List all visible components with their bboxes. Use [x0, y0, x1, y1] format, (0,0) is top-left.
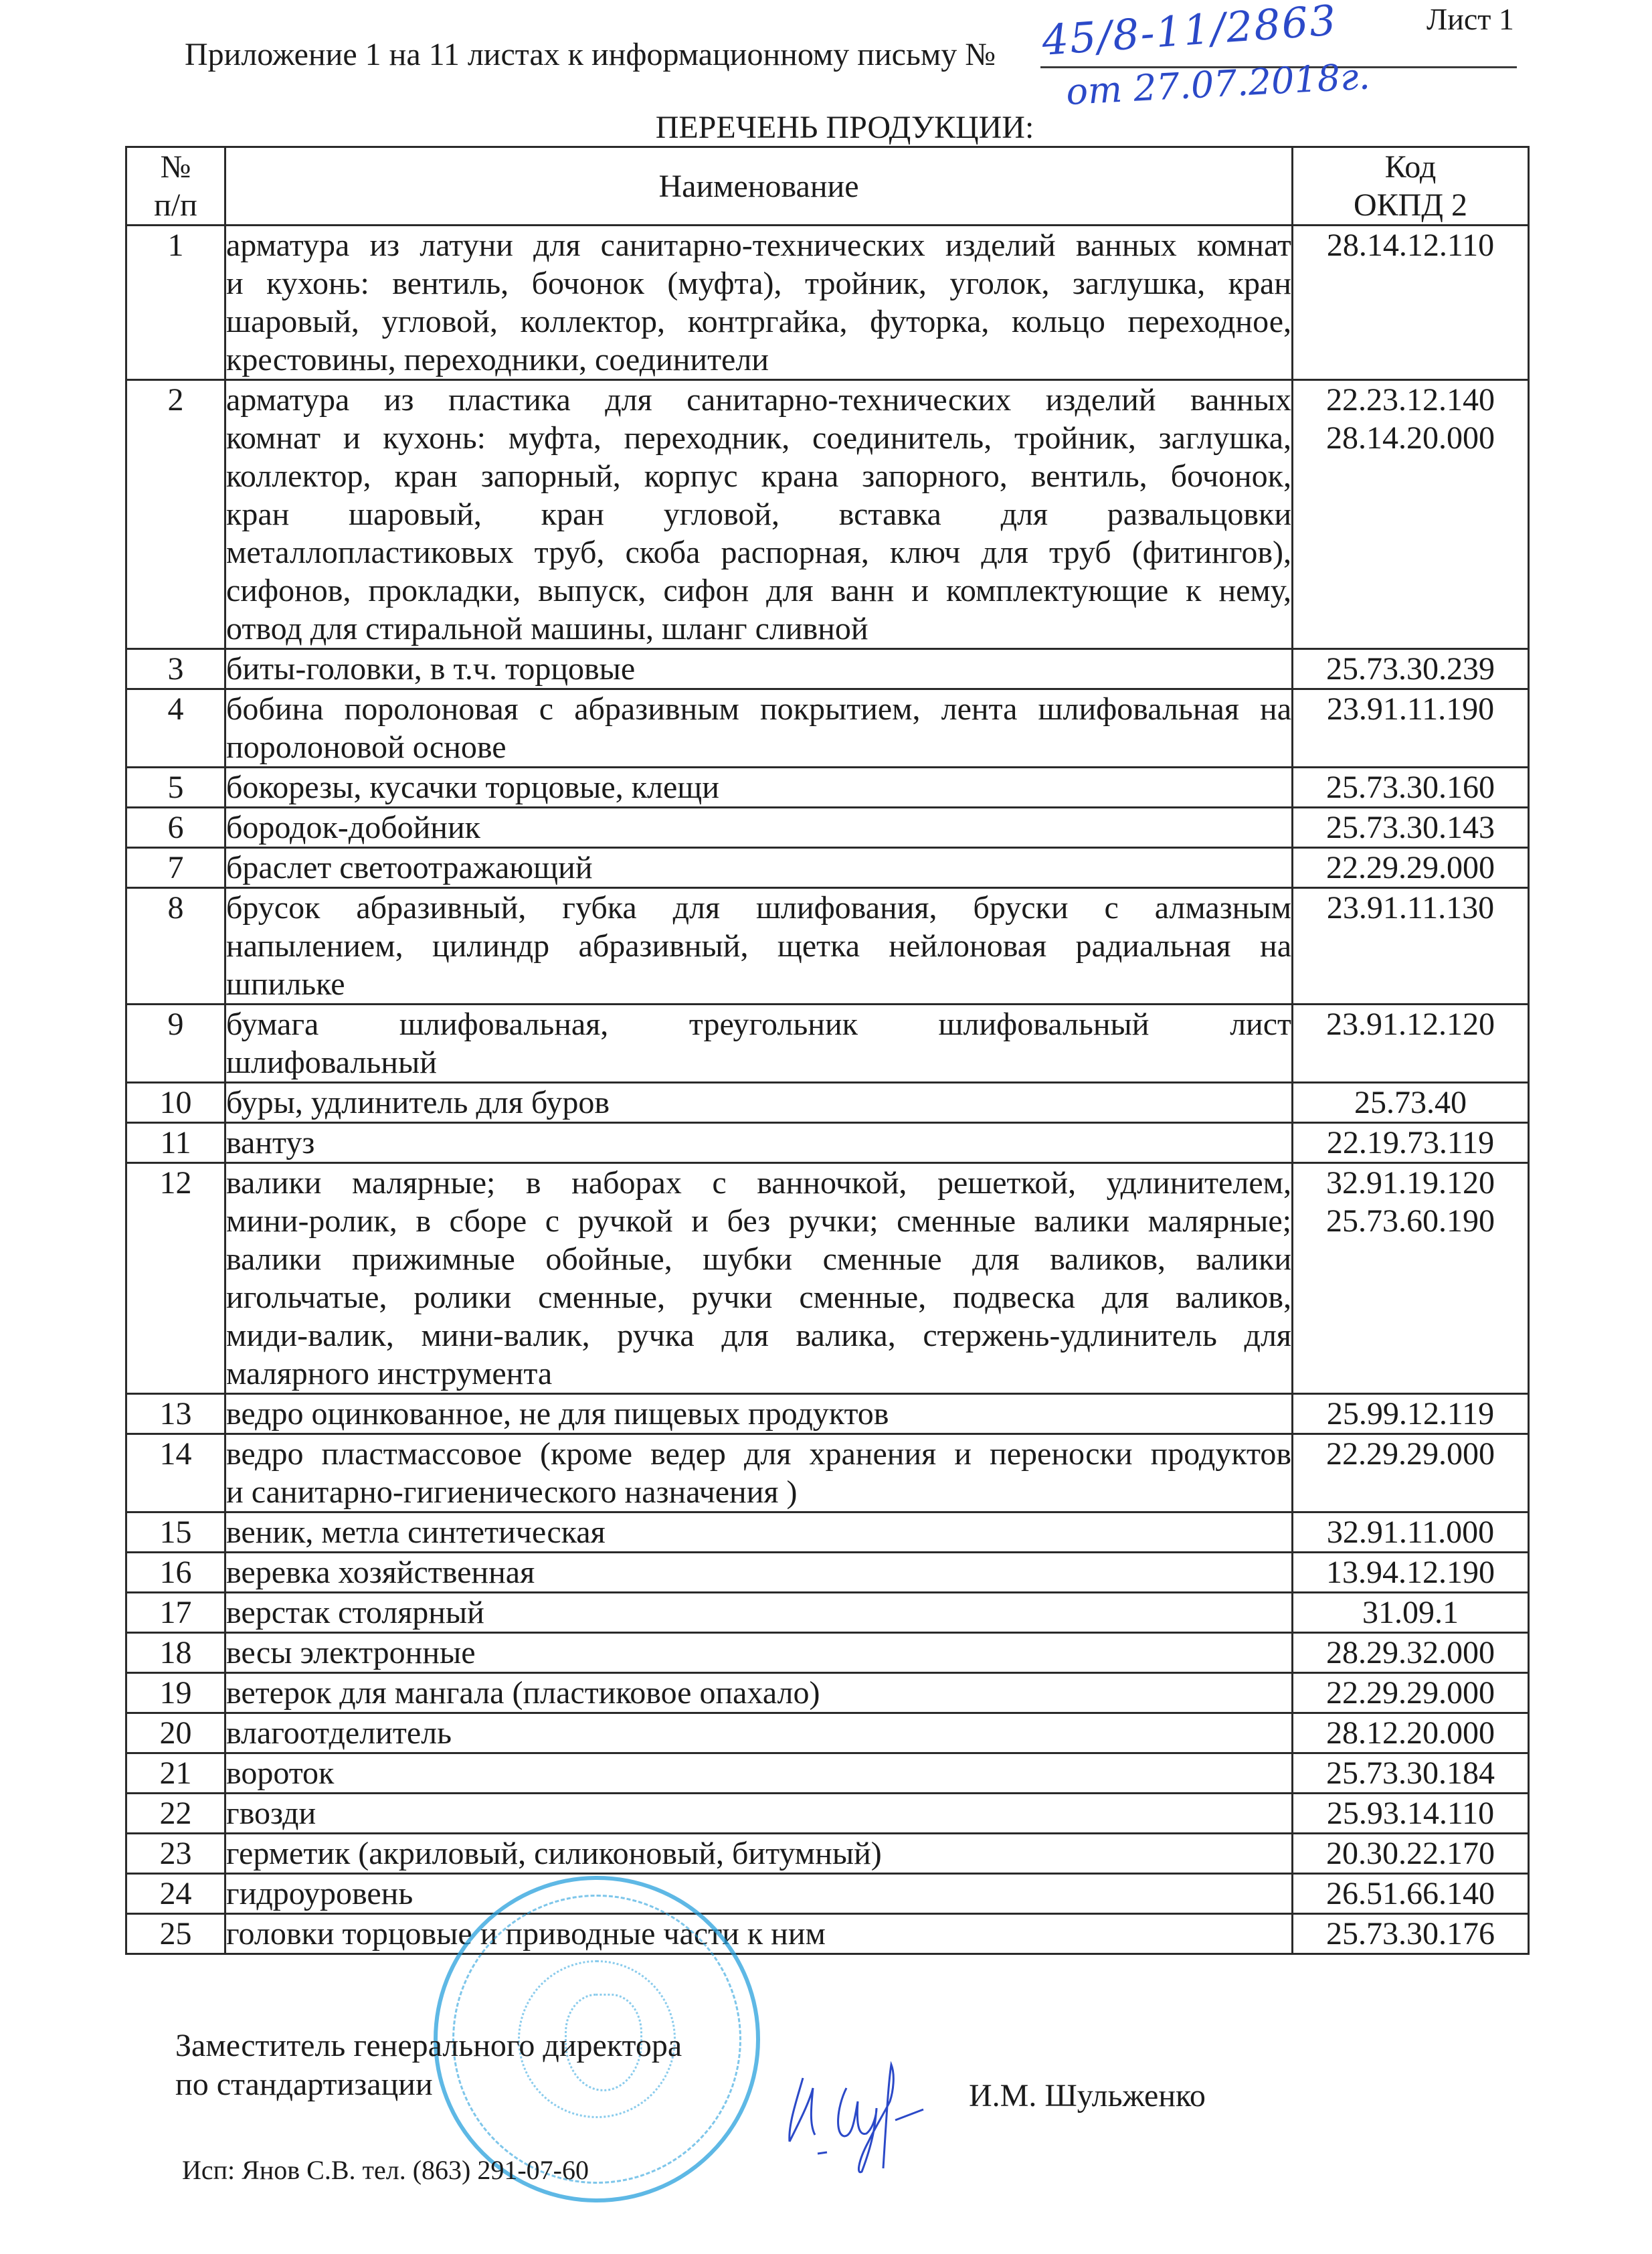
okpd2-code: 23.91.11.130	[1293, 888, 1529, 1005]
product-name-line: кран шаровый, кран угловой, вставка для …	[226, 495, 1291, 533]
okpd2-code: 32.91.11.000	[1293, 1512, 1529, 1553]
okpd2-code-value: 25.73.30.184	[1293, 1754, 1528, 1792]
row-number: 8	[126, 888, 225, 1005]
okpd2-code: 20.30.22.170	[1293, 1834, 1529, 1874]
okpd2-code: 26.51.66.140	[1293, 1874, 1529, 1914]
table-row: 2арматура из пластика для санитарно-техн…	[126, 380, 1529, 649]
row-number: 15	[126, 1512, 225, 1553]
product-name-line: герметик (акриловый, силиконовый, битумн…	[226, 1834, 1291, 1873]
signer-title-line2: по стандартизации	[175, 2065, 682, 2104]
product-name: головки торцовые и приводные части к ним	[225, 1914, 1293, 1954]
product-name: ведро оцинкованное, не для пищевых проду…	[225, 1394, 1293, 1434]
product-name: арматура из пластика для санитарно-техни…	[225, 380, 1293, 649]
table-row: 23герметик (акриловый, силиконовый, биту…	[126, 1834, 1529, 1874]
table-row: 7браслет светоотражающий22.29.29.000	[126, 848, 1529, 888]
product-name-line: игольчатые, ролики сменные, ручки сменны…	[226, 1278, 1291, 1316]
product-name-line: арматура из латуни для санитарно-техниче…	[226, 226, 1291, 264]
product-name: весы электронные	[225, 1633, 1293, 1673]
product-name-line: весы электронные	[226, 1634, 1291, 1672]
product-name-line: браслет светоотражающий	[226, 849, 1291, 887]
header-number-sign: №	[127, 148, 224, 186]
okpd2-code-value: 26.51.66.140	[1293, 1875, 1528, 1913]
product-name: ведро пластмассовое (кроме ведер для хра…	[225, 1434, 1293, 1512]
product-name-line: мини-ролик, в сборе с ручкой и без ручки…	[226, 1202, 1291, 1240]
header-name: Наименование	[225, 147, 1293, 226]
row-number: 12	[126, 1163, 225, 1394]
product-name-line: миди-валик, мини-валик, ручка для валика…	[226, 1316, 1291, 1355]
row-number: 13	[126, 1394, 225, 1434]
product-name: влагоотделитель	[225, 1713, 1293, 1753]
product-name-line: сифонов, прокладки, выпуск, сифон для ва…	[226, 572, 1291, 610]
signer-title: Заместитель генерального директора по ст…	[175, 2026, 682, 2104]
product-name: бородок-добойник	[225, 808, 1293, 848]
product-name: буры, удлинитель для буров	[225, 1083, 1293, 1123]
okpd2-code: 25.73.30.239	[1293, 649, 1529, 689]
header-code-label: Код	[1293, 148, 1528, 186]
table-row: 25головки торцовые и приводные части к н…	[126, 1914, 1529, 1954]
product-name-line: ветерок для мангала (пластиковое опахало…	[226, 1674, 1291, 1712]
okpd2-code-value: 28.14.12.110	[1293, 226, 1528, 264]
okpd2-code: 31.09.1	[1293, 1593, 1529, 1633]
okpd2-code: 25.73.40	[1293, 1083, 1529, 1123]
okpd2-code: 22.19.73.119	[1293, 1123, 1529, 1163]
okpd2-code: 25.73.30.176	[1293, 1914, 1529, 1954]
product-name-line: гидроуровень	[226, 1875, 1291, 1913]
table-row: 20влагоотделитель28.12.20.000	[126, 1713, 1529, 1753]
product-name-line: вантуз	[226, 1124, 1291, 1162]
product-name-line: поролоновой основе	[226, 728, 1291, 766]
row-number: 20	[126, 1713, 225, 1753]
header-code: Код ОКПД 2	[1293, 147, 1529, 226]
row-number: 9	[126, 1005, 225, 1083]
row-number: 25	[126, 1914, 225, 1954]
table-row: 1арматура из латуни для санитарно-технич…	[126, 226, 1529, 380]
okpd2-code: 32.91.19.12025.73.60.190	[1293, 1163, 1529, 1394]
product-name-line: буры, удлинитель для буров	[226, 1083, 1291, 1122]
product-name-line: комнат и кухонь: муфта, переходник, соед…	[226, 419, 1291, 457]
okpd2-code: 25.73.30.160	[1293, 768, 1529, 808]
row-number: 23	[126, 1834, 225, 1874]
product-name-line: бородок-добойник	[226, 808, 1291, 847]
product-name-line: ведро оцинкованное, не для пищевых проду…	[226, 1395, 1291, 1433]
row-number: 19	[126, 1673, 225, 1713]
sheet-label: Лист 1	[1427, 1, 1514, 37]
product-name-line: крестовины, переходники, соединители	[226, 341, 1291, 379]
okpd2-code-value: 20.30.22.170	[1293, 1834, 1528, 1873]
table-row: 4бобина поролоновая с абразивным покрыти…	[126, 689, 1529, 768]
list-title: ПЕРЕЧЕНЬ ПРОДУКЦИИ:	[0, 108, 1652, 147]
product-name: гвозди	[225, 1794, 1293, 1834]
product-name: валики малярные; в наборах с ванночкой, …	[225, 1163, 1293, 1394]
product-name-line: шпильке	[226, 965, 1291, 1003]
okpd2-code-value: 25.73.30.160	[1293, 768, 1528, 806]
table-row: 19ветерок для мангала (пластиковое опаха…	[126, 1673, 1529, 1713]
product-name-line: гвозди	[226, 1794, 1291, 1832]
product-name: биты-головки, в т.ч. торцовые	[225, 649, 1293, 689]
signature-icon	[783, 2061, 957, 2175]
product-name-line: вороток	[226, 1754, 1291, 1792]
product-name-line: напылением, цилиндр абразивный, щетка не…	[226, 927, 1291, 965]
table-row: 24гидроуровень26.51.66.140	[126, 1874, 1529, 1914]
header-number-pp: п/п	[127, 186, 224, 224]
okpd2-code-value: 25.73.30.176	[1293, 1915, 1528, 1953]
list-title-text: ПЕРЕЧЕНЬ ПРОДУКЦИИ:	[656, 110, 1034, 145]
product-name: бумага шлифовальная, треугольник шлифова…	[225, 1005, 1293, 1083]
row-number: 5	[126, 768, 225, 808]
okpd2-code-value: 13.94.12.190	[1293, 1553, 1528, 1591]
okpd2-code: 25.73.30.143	[1293, 808, 1529, 848]
handwritten-letter-number: 45/8-11/2863	[1040, 0, 1339, 64]
okpd2-code: 25.93.14.110	[1293, 1794, 1529, 1834]
appendix-header: Приложение 1 на 11 листах к информационн…	[185, 35, 996, 75]
executor-contact: Исп: Янов С.В. тел. (863) 291-07-60	[182, 2154, 589, 2187]
okpd2-code-value: 23.91.11.190	[1293, 690, 1528, 728]
okpd2-code-value: 22.29.29.000	[1293, 1435, 1528, 1473]
product-name: браслет светоотражающий	[225, 848, 1293, 888]
product-name-line: биты-головки, в т.ч. торцовые	[226, 650, 1291, 688]
okpd2-code: 22.29.29.000	[1293, 848, 1529, 888]
okpd2-code-value: 22.29.29.000	[1293, 1674, 1528, 1712]
okpd2-code-value: 25.99.12.119	[1293, 1395, 1528, 1433]
row-number: 11	[126, 1123, 225, 1163]
okpd2-code-value: 22.29.29.000	[1293, 849, 1528, 887]
okpd2-code-value: 23.91.11.130	[1293, 889, 1528, 927]
table-row: 13ведро оцинкованное, не для пищевых про…	[126, 1394, 1529, 1434]
row-number: 7	[126, 848, 225, 888]
table-row: 21вороток25.73.30.184	[126, 1753, 1529, 1794]
row-number: 1	[126, 226, 225, 380]
okpd2-code-value: 25.93.14.110	[1293, 1794, 1528, 1832]
okpd2-code-value: 31.09.1	[1293, 1593, 1528, 1632]
okpd2-code: 23.91.12.120	[1293, 1005, 1529, 1083]
product-name: герметик (акриловый, силиконовый, битумн…	[225, 1834, 1293, 1874]
okpd2-code-value: 25.73.40	[1293, 1083, 1528, 1122]
product-name-line: валики малярные; в наборах с ванночкой, …	[226, 1164, 1291, 1202]
okpd2-code-value: 28.12.20.000	[1293, 1714, 1528, 1752]
product-name-line: головки торцовые и приводные части к ним	[226, 1915, 1291, 1953]
okpd2-code-value: 28.29.32.000	[1293, 1634, 1528, 1672]
signer-name: И.М. Шульженко	[969, 2077, 1206, 2115]
okpd2-code-value: 25.73.30.239	[1293, 650, 1528, 688]
product-name-line: арматура из пластика для санитарно-техни…	[226, 381, 1291, 419]
product-name-line: бумага шлифовальная, треугольник шлифова…	[226, 1005, 1291, 1043]
product-name-line: веревка хозяйственная	[226, 1553, 1291, 1591]
row-number: 14	[126, 1434, 225, 1512]
product-name-line: влагоотделитель	[226, 1714, 1291, 1752]
product-name: арматура из латуни для санитарно-техниче…	[225, 226, 1293, 380]
okpd2-code: 22.23.12.14028.14.20.000	[1293, 380, 1529, 649]
product-name-line: брусок абразивный, губка для шлифования,…	[226, 889, 1291, 927]
row-number: 17	[126, 1593, 225, 1633]
product-name-line: шаровый, угловой, коллектор, контргайка,…	[226, 302, 1291, 341]
product-name-line: верстак столярный	[226, 1593, 1291, 1632]
okpd2-code: 22.29.29.000	[1293, 1434, 1529, 1512]
product-name-line: валики прижимные обойные, шубки сменные …	[226, 1240, 1291, 1278]
header-number: № п/п	[126, 147, 225, 226]
table-row: 15веник, метла синтетическая32.91.11.000	[126, 1512, 1529, 1553]
row-number: 18	[126, 1633, 225, 1673]
okpd2-code-value: 25.73.60.190	[1293, 1202, 1528, 1240]
product-name-line: малярного инструмента	[226, 1355, 1291, 1393]
table-row: 8брусок абразивный, губка для шлифования…	[126, 888, 1529, 1005]
row-number: 24	[126, 1874, 225, 1914]
table-row: 12валики малярные; в наборах с ванночкой…	[126, 1163, 1529, 1394]
table-row: 10буры, удлинитель для буров25.73.40	[126, 1083, 1529, 1123]
okpd2-code: 25.73.30.184	[1293, 1753, 1529, 1794]
table-header-row: № п/п Наименование Код ОКПД 2	[126, 147, 1529, 226]
product-name: бокорезы, кусачки торцовые, клещи	[225, 768, 1293, 808]
okpd2-code: 13.94.12.190	[1293, 1553, 1529, 1593]
row-number: 22	[126, 1794, 225, 1834]
okpd2-code-value: 32.91.19.120	[1293, 1164, 1528, 1202]
table-row: 5бокорезы, кусачки торцовые, клещи25.73.…	[126, 768, 1529, 808]
products-table: № п/п Наименование Код ОКПД 2 1арматура …	[125, 146, 1530, 1955]
table-row: 22гвозди25.93.14.110	[126, 1794, 1529, 1834]
table-row: 11вантуз22.19.73.119	[126, 1123, 1529, 1163]
signer-title-line1: Заместитель генерального директора	[175, 2026, 682, 2065]
row-number: 2	[126, 380, 225, 649]
product-name-line: металлопластиковых труб, скоба распорная…	[226, 533, 1291, 572]
header-code-okpd: ОКПД 2	[1293, 186, 1528, 224]
product-name: гидроуровень	[225, 1874, 1293, 1914]
row-number: 6	[126, 808, 225, 848]
okpd2-code: 23.91.11.190	[1293, 689, 1529, 768]
product-name-line: коллектор, кран запорный, корпус крана з…	[226, 457, 1291, 495]
product-name-line: и кухонь: вентиль, бочонок (муфта), трой…	[226, 264, 1291, 302]
table-row: 6бородок-добойник25.73.30.143	[126, 808, 1529, 848]
okpd2-code-value: 28.14.20.000	[1293, 419, 1528, 457]
row-number: 21	[126, 1753, 225, 1794]
okpd2-code-value: 25.73.30.143	[1293, 808, 1528, 847]
product-name: ветерок для мангала (пластиковое опахало…	[225, 1673, 1293, 1713]
product-name: вороток	[225, 1753, 1293, 1794]
okpd2-code: 28.14.12.110	[1293, 226, 1529, 380]
okpd2-code-value: 22.19.73.119	[1293, 1124, 1528, 1162]
product-name-line: бобина поролоновая с абразивным покрытие…	[226, 690, 1291, 728]
product-name: веник, метла синтетическая	[225, 1512, 1293, 1553]
product-name: брусок абразивный, губка для шлифования,…	[225, 888, 1293, 1005]
table-row: 18весы электронные28.29.32.000	[126, 1633, 1529, 1673]
product-name-line: и санитарно-гигиенического назначения )	[226, 1473, 1291, 1511]
product-name: вантуз	[225, 1123, 1293, 1163]
product-name: верстак столярный	[225, 1593, 1293, 1633]
row-number: 16	[126, 1553, 225, 1593]
product-name-line: отвод для стиральной машины, шланг сливн…	[226, 610, 1291, 648]
product-name-line: шлифовальный	[226, 1043, 1291, 1081]
table-row: 17верстак столярный31.09.1	[126, 1593, 1529, 1633]
product-name-line: ведро пластмассовое (кроме ведер для хра…	[226, 1435, 1291, 1473]
row-number: 4	[126, 689, 225, 768]
table-row: 16веревка хозяйственная13.94.12.190	[126, 1553, 1529, 1593]
product-name: бобина поролоновая с абразивным покрытие…	[225, 689, 1293, 768]
product-name: веревка хозяйственная	[225, 1553, 1293, 1593]
okpd2-code: 25.99.12.119	[1293, 1394, 1529, 1434]
row-number: 10	[126, 1083, 225, 1123]
okpd2-code: 22.29.29.000	[1293, 1673, 1529, 1713]
product-name-line: бокорезы, кусачки торцовые, клещи	[226, 768, 1291, 806]
products-table-body: 1арматура из латуни для санитарно-технич…	[126, 226, 1529, 1954]
okpd2-code-value: 32.91.11.000	[1293, 1513, 1528, 1551]
handwritten-letter-date: от 27.07.2018г.	[1065, 56, 1371, 112]
okpd2-code-value: 23.91.12.120	[1293, 1005, 1528, 1043]
okpd2-code-value: 22.23.12.140	[1293, 381, 1528, 419]
table-row: 14ведро пластмассовое (кроме ведер для х…	[126, 1434, 1529, 1512]
okpd2-code: 28.12.20.000	[1293, 1713, 1529, 1753]
table-row: 9бумага шлифовальная, треугольник шлифов…	[126, 1005, 1529, 1083]
okpd2-code: 28.29.32.000	[1293, 1633, 1529, 1673]
table-row: 3биты-головки, в т.ч. торцовые25.73.30.2…	[126, 649, 1529, 689]
product-name-line: веник, метла синтетическая	[226, 1513, 1291, 1551]
row-number: 3	[126, 649, 225, 689]
